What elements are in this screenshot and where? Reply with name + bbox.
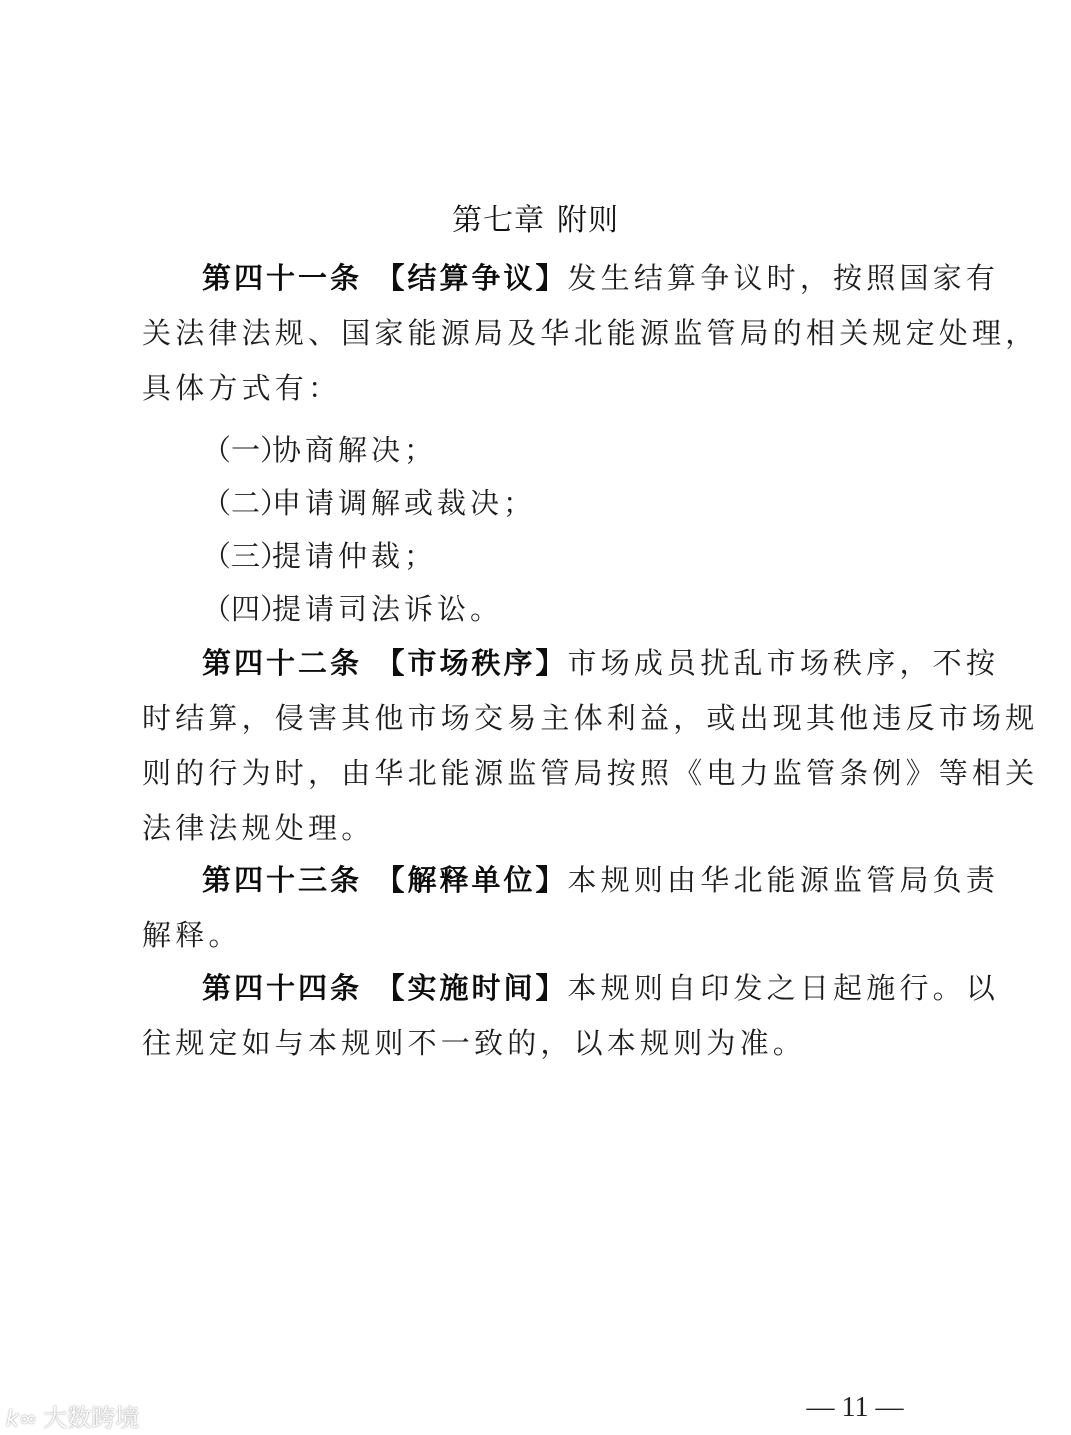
chapter-title: 第七章附则 [0, 195, 1071, 239]
list-item-text: 申请调解或裁决； [272, 486, 536, 520]
article-41-line-1: 第四十一条 【结算争议】发生结算争议时，按照国家有 [202, 258, 992, 298]
document-page: 第七章附则 第四十一条 【结算争议】发生结算争议时，按照国家有 关法律法规、国家… [0, 0, 1071, 1435]
article-42-line-4: 法律法规处理。 [142, 808, 932, 848]
chapter-name: 附则 [557, 203, 619, 238]
watermark-logo-icon: k∞ [6, 1407, 37, 1432]
article-heading: 【市场秩序】 [375, 646, 567, 680]
article-heading: 【实施时间】 [375, 971, 567, 1005]
article-44-line-2: 往规定如与本规则不一致的，以本规则为准。 [142, 1023, 932, 1063]
list-item-text: 提请仲裁； [272, 539, 437, 573]
article-41-line-2: 关法律法规、国家能源局及华北能源监管局的相关规定处理， [142, 313, 932, 353]
article-43-line-2: 解释。 [142, 915, 932, 955]
article-number: 第四十二条 [202, 646, 362, 680]
list-item-number: （三） [202, 536, 272, 576]
list-item: （四）提请司法诉讼。 [202, 589, 503, 629]
list-item-text: 提请司法诉讼。 [272, 592, 503, 626]
article-text: 市场成员扰乱市场秩序，不按 [567, 646, 999, 680]
article-text: 发生结算争议时，按照国家有 [567, 261, 999, 295]
article-text: 本规则由华北能源监管局负责 [567, 863, 999, 897]
list-item-number: （二） [202, 483, 272, 523]
article-44-line-1: 第四十四条 【实施时间】本规则自印发之日起施行。以 [202, 968, 992, 1008]
article-42-line-1: 第四十二条 【市场秩序】市场成员扰乱市场秩序，不按 [202, 643, 992, 683]
article-heading: 【结算争议】 [375, 261, 567, 295]
page-number: — 11 — [795, 1392, 915, 1424]
watermark-text: 大数跨境 [43, 1404, 139, 1432]
list-item: （一）协商解决； [202, 430, 437, 470]
article-41-line-3: 具体方式有： [142, 368, 932, 408]
watermark: k∞大数跨境 [6, 1398, 139, 1433]
list-item: （二）申请调解或裁决； [202, 483, 536, 523]
article-number: 第四十三条 [202, 863, 362, 897]
chapter-number: 第七章 [452, 203, 545, 238]
article-42-line-3: 则的行为时，由华北能源监管局按照《电力监管条例》等相关 [142, 753, 932, 793]
article-42-line-2: 时结算，侵害其他市场交易主体利益，或出现其他违反市场规 [142, 698, 932, 738]
article-number: 第四十四条 [202, 971, 362, 1005]
list-item-text: 协商解决； [272, 433, 437, 467]
list-item: （三）提请仲裁； [202, 536, 437, 576]
article-heading: 【解释单位】 [375, 863, 567, 897]
article-number: 第四十一条 [202, 261, 362, 295]
article-text: 本规则自印发之日起施行。以 [567, 971, 999, 1005]
list-item-number: （四） [202, 589, 272, 629]
list-item-number: （一） [202, 430, 272, 470]
article-43-line-1: 第四十三条 【解释单位】本规则由华北能源监管局负责 [202, 860, 992, 900]
